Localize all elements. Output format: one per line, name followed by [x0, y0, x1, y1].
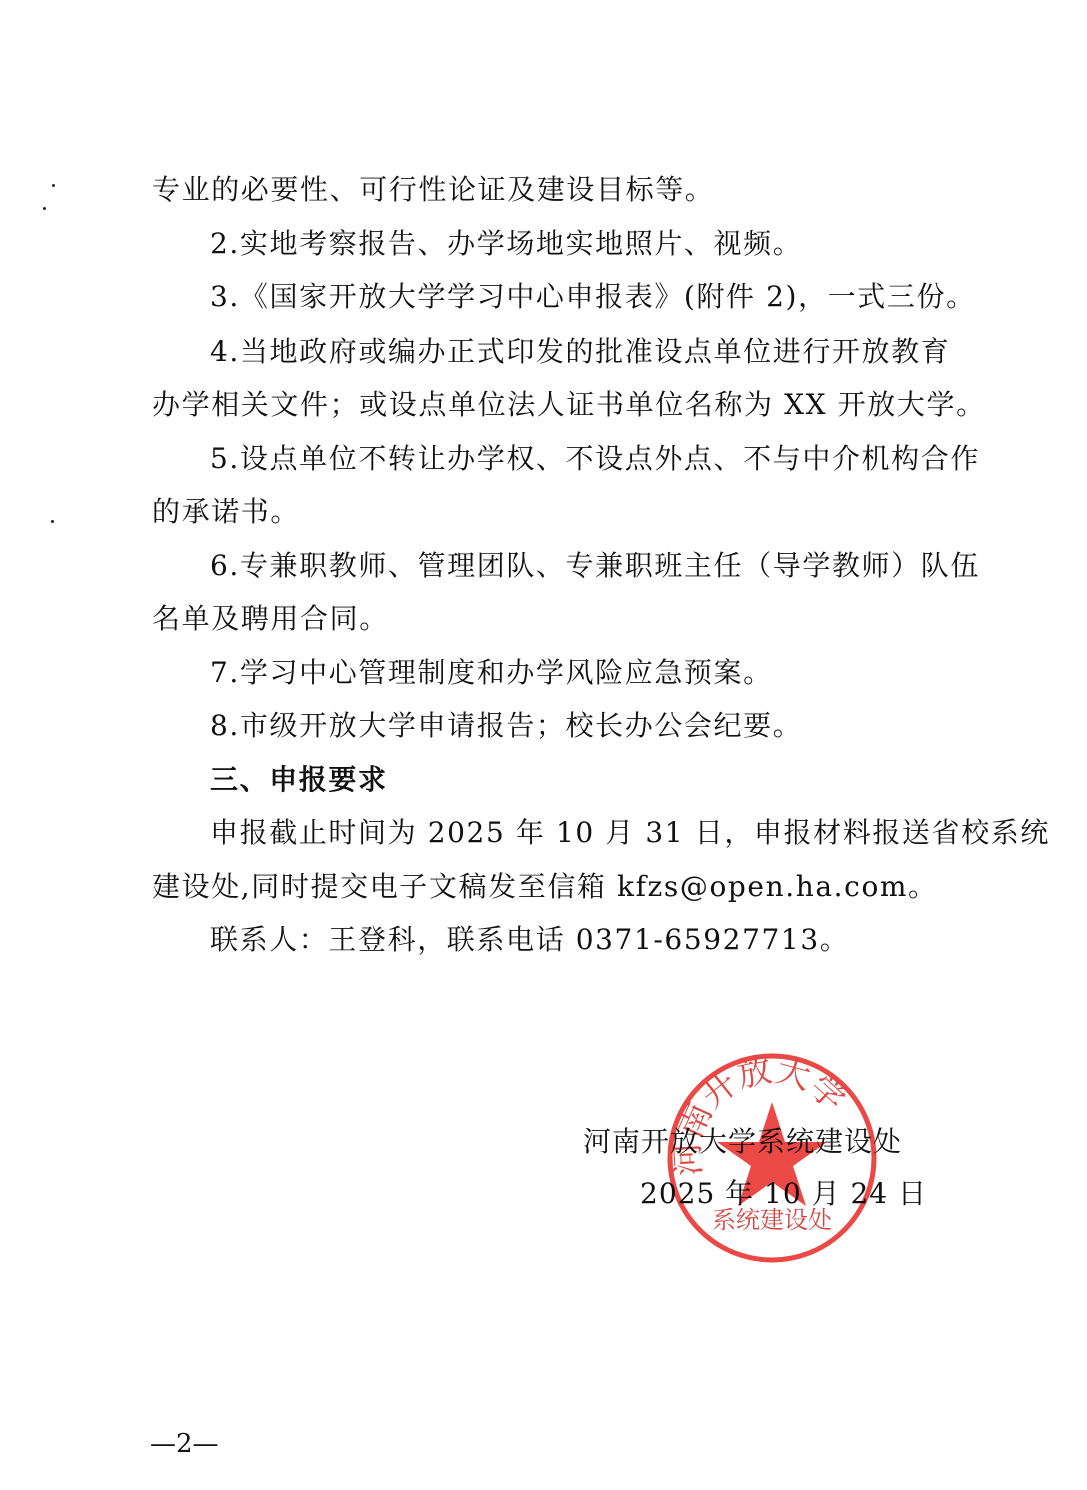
- document-page: 专业的必要性、可行性论证及建设目标等。 2.实地考察报告、办学场地实地照片、视频…: [0, 0, 1087, 1490]
- body-line: 5.设点单位不转让办学权、不设点外点、不与中介机构合作: [210, 439, 1010, 479]
- body-line: 的承诺书。: [152, 492, 952, 532]
- body-line: 专业的必要性、可行性论证及建设目标等。: [152, 170, 952, 210]
- body-line: 6.专兼职教师、管理团队、专兼职班主任（导学教师）队伍: [210, 546, 1010, 586]
- body-line: 2.实地考察报告、办学场地实地照片、视频。: [210, 224, 1010, 264]
- official-seal-icon: 河南开放大学 系统建设处: [664, 1050, 880, 1266]
- requirement-line: 建设处,同时提交电子文稿发至信箱 kfzs@open.ha.com。: [152, 867, 952, 907]
- body-line: 8.市级开放大学申请报告；校长办公会纪要。: [210, 706, 1010, 746]
- scan-artifact-dot: [52, 184, 55, 187]
- scan-artifact-dot: [51, 520, 54, 523]
- requirement-line: 申报截止时间为 2025 年 10 月 31 日，申报材料报送省校系统: [210, 813, 1010, 853]
- contact-line: 联系人：王登科，联系电话 0371-65927713。: [210, 920, 1010, 960]
- body-line: 7.学习中心管理制度和办学风险应急预案。: [210, 653, 1010, 693]
- body-line: 名单及聘用合同。: [152, 599, 952, 639]
- page-number: —2—: [150, 1427, 219, 1461]
- scan-artifact-dot: [43, 207, 46, 210]
- seal-bottom-text: 系统建设处: [712, 1206, 832, 1234]
- body-line: 办学相关文件；或设点单位法人证书单位名称为 XX 开放大学。: [152, 385, 952, 425]
- section-heading: 三、申报要求: [210, 760, 1010, 800]
- body-line: 4.当地政府或编办正式印发的批准设点单位进行开放教育: [210, 332, 1010, 372]
- body-line: 3.《国家开放大学学习中心申报表》(附件 2)，一式三份。: [210, 277, 1010, 317]
